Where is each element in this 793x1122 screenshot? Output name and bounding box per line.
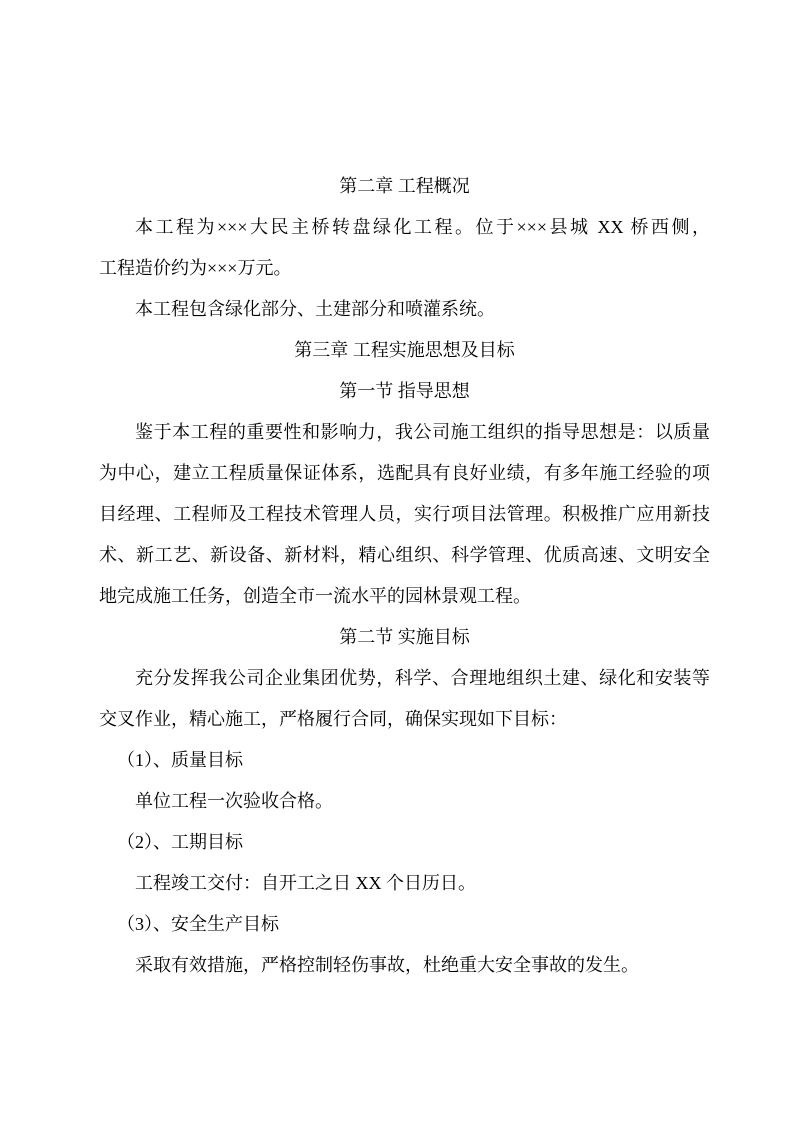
document-body: 第二章 工程概况本工程为×××大民主桥转盘绿化工程。位于×××县城 XX 桥西侧…: [99, 166, 710, 986]
text-line: （2）、工期目标: [99, 822, 710, 863]
text-line: （3）、安全生产目标: [99, 904, 710, 945]
section-heading: 第二章 工程概况: [99, 166, 710, 207]
text-line: 地完成施工任务，创造全市一流水平的园林景观工程。: [99, 576, 710, 617]
document-page: 第二章 工程概况本工程为×××大民主桥转盘绿化工程。位于×××县城 XX 桥西侧…: [0, 0, 793, 1122]
text-line: 充分发挥我公司企业集团优势，科学、合理地组织土建、绿化和安装等: [99, 658, 710, 699]
text-line: 单位工程一次验收合格。: [99, 781, 710, 822]
text-line: 为中心，建立工程质量保证体系，选配具有良好业绩，有多年施工经验的项: [99, 453, 710, 494]
text-line: 工程竣工交付：自开工之日 XX 个日历日。: [99, 863, 710, 904]
text-line: 术、新工艺、新设备、新材料，精心组织、科学管理、优质高速、文明安全: [99, 535, 710, 576]
text-line: 鉴于本工程的重要性和影响力，我公司施工组织的指导思想是：以质量: [99, 412, 710, 453]
text-line: 采取有效措施，严格控制轻伤事故，杜绝重大安全事故的发生。: [99, 945, 710, 986]
text-line: 本工程为×××大民主桥转盘绿化工程。位于×××县城 XX 桥西侧，: [99, 207, 710, 248]
section-heading: 第一节 指导思想: [99, 371, 710, 412]
text-line: 本工程包含绿化部分、土建部分和喷灌系统。: [99, 289, 710, 330]
section-heading: 第三章 工程实施思想及目标: [99, 330, 710, 371]
text-line: 交叉作业，精心施工，严格履行合同，确保实现如下目标：: [99, 699, 710, 740]
section-heading: 第二节 实施目标: [99, 617, 710, 658]
text-line: 工程造价约为×××万元。: [99, 248, 710, 289]
text-line: （1）、质量目标: [99, 740, 710, 781]
text-line: 目经理、工程师及工程技术管理人员，实行项目法管理。积极推广应用新技: [99, 494, 710, 535]
